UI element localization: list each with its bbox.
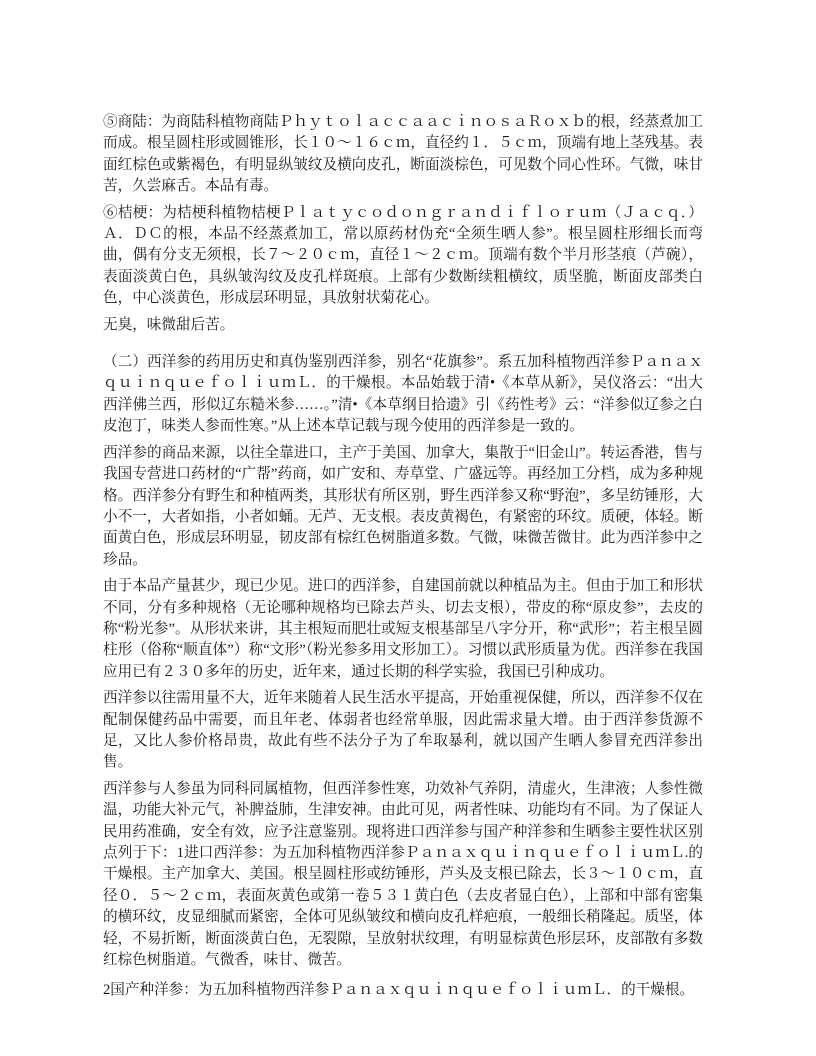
paragraph-jiegeng-item6: ⑥桔梗：为桔梗科植物桔梗Ｐｌａｔｙｃｏｄｏｎｇｒａｎｄｉｆｌｏｒｕｍ（Ｊａｃｑ．…	[103, 203, 703, 310]
paragraph-demand: 西洋参以往需用量不大，近年来随着人民生活水平提高，开始重视保健，所以，西洋参不仅…	[103, 688, 703, 774]
paragraph-specifications: 由于本品产量甚少，现已少见。进口的西洋参，自建国前就以种植品为主。但由于加工和形…	[103, 576, 703, 683]
paragraph-commodity-source: 西洋参的商品来源，以往全靠进口，主产于美国、加拿大，集散于“旧金山”。转运香港，…	[103, 443, 703, 571]
paragraph-domestic-cultivated: 2国产种洋参：为五加科植物西洋参ＰａｎａｘｑｕｉｎｑｕｅｆｏｌｉｕｍＬ．的干燥根…	[103, 980, 703, 1001]
paragraph-xiyangshen-history: （二）西洋参的药用历史和真伪鉴别西洋参，别名“花旗参”。系五加科植物西洋参Ｐａｎ…	[103, 352, 703, 438]
paragraph-shanglu-item5: ⑤商陆：为商陆科植物商陆ＰｈｙｔｏｌａｃｃａａｃｉｎｏｓａＲｏｘｂ的根，经蒸煮加…	[103, 112, 703, 198]
document-page: ⑤商陆：为商陆科植物商陆ＰｈｙｔｏｌａｃｃａａｃｉｎｏｓａＲｏｘｂ的根，经蒸煮加…	[103, 112, 703, 1007]
paragraph-identification-imported: 西洋参与人参虽为同科同属植物，但西洋参性寒，功效补气养阴，清虚火，生津液；人参性…	[103, 779, 703, 972]
paragraph-odor-taste: 无臭，味微甜后苦。	[103, 315, 703, 336]
